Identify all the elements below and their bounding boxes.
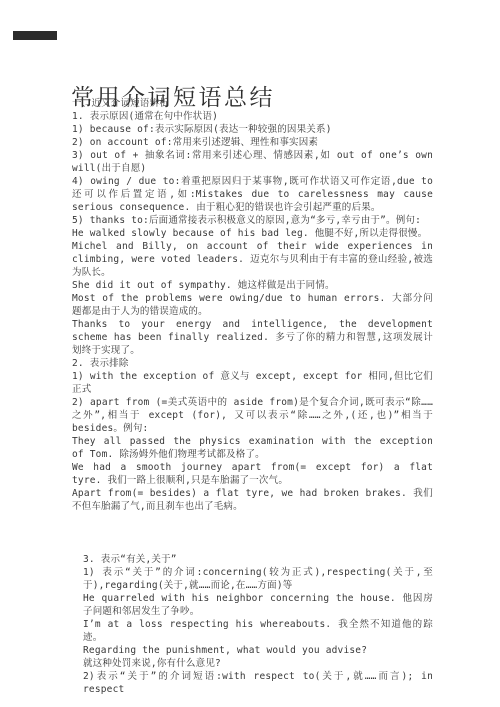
paragraph: Thanks to your energy and intelligence, … [72, 318, 433, 357]
paragraph: 2. 表示排除 [72, 357, 433, 370]
paragraph: 2) apart from (=美式英语中的 aside from)是个复合介词… [72, 396, 433, 435]
paragraph: 1) 表示“关于”的介词:concerning(较为正式),respecting… [83, 566, 433, 592]
paragraph: We had a smooth journey apart from(= exc… [72, 461, 433, 487]
document-page: 常用介词短语总结 一、近义介词短语辨析1. 表示原因(通常在句中作状语)1) b… [0, 0, 500, 707]
paragraph: They all passed the physics examination … [72, 435, 433, 461]
paragraph: 2)表示“关于”的介词短语:with respect to(关于,就……而言);… [83, 670, 433, 696]
paragraph: He quarreled with his neighbor concernin… [83, 592, 433, 618]
paragraph: Regarding the punishment, what would you… [83, 644, 433, 657]
paragraph: 3) out of + 抽象名词:常用来引述心理、情感因素,如 out of o… [72, 149, 433, 175]
paragraph: Michel and Billy, on account of their wi… [72, 240, 433, 279]
paragraph: 4) owing / due to:着重把原因归于某事物,既可作状语又可作定语,… [72, 175, 433, 214]
paragraph: 2) on account of:常用来引述逻辑、理性和事实因素 [72, 136, 433, 149]
paragraph: 1. 表示原因(通常在句中作状语) [72, 110, 433, 123]
section-block-concerning: 3. 表示“有关,关于”1) 表示“关于”的介词:concerning(较为正式… [83, 553, 433, 696]
paragraph: 3. 表示“有关,关于” [83, 553, 433, 566]
paragraph: He walked slowly because of his bad leg.… [72, 227, 433, 240]
document-body: 一、近义介词短语辨析1. 表示原因(通常在句中作状语)1) because of… [72, 97, 433, 696]
paragraph: 一、近义介词短语辨析 [72, 97, 433, 110]
paragraph: 就这种处罚来说,你有什么意见? [83, 657, 433, 670]
paragraph: Apart from(= besides) a flat tyre, we ha… [72, 487, 433, 513]
paragraph: 1) because of:表示实际原因(表达一种较强的因果关系) [72, 123, 433, 136]
section-block-causes-exclusion: 一、近义介词短语辨析1. 表示原因(通常在句中作状语)1) because of… [72, 97, 433, 513]
scan-artifact-mark [13, 31, 57, 40]
paragraph: Most of the problems were owing/due to h… [72, 292, 433, 318]
paragraph: She did it out of sympathy. 她这样做是出于同情。 [72, 279, 433, 292]
paragraph: 1) with the exception of 意义与 except, exc… [72, 370, 433, 396]
paragraph: 5) thanks to:后面通常接表示积极意义的原因,意为“多亏,幸亏由于”。… [72, 214, 433, 227]
paragraph: I’m at a loss respecting his whereabouts… [83, 618, 433, 644]
